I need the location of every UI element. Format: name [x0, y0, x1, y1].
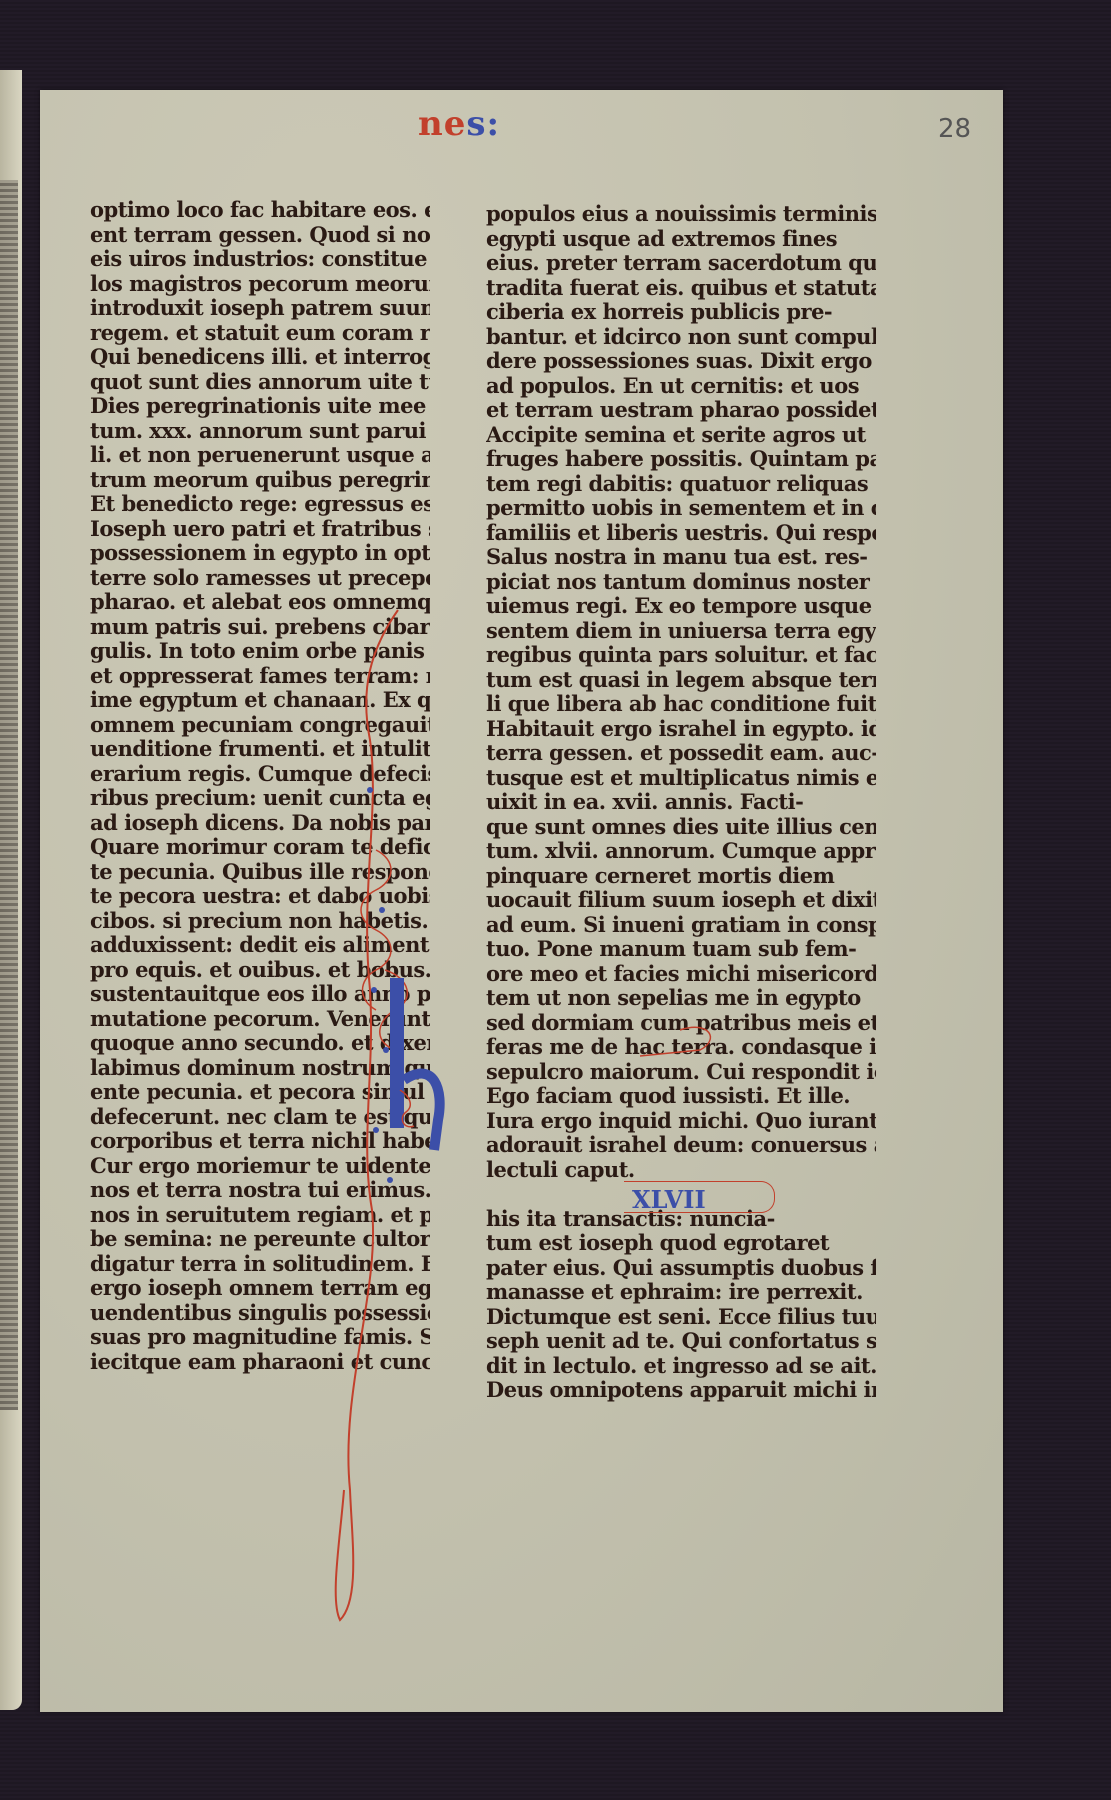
- penwork-scrolls: [361, 850, 391, 1010]
- manuscript-leaf: nes: 28 optimo loco fac habitare eos. et…: [40, 90, 1003, 1712]
- initial-h-stem: [390, 978, 404, 1128]
- initial-h-bowl: [404, 1074, 440, 1150]
- facing-page-text-edge: [0, 180, 18, 1410]
- penwork-tail: [336, 610, 398, 1620]
- rubric-flourish: [640, 1027, 710, 1056]
- decorated-initial-penwork: [40, 90, 1003, 1712]
